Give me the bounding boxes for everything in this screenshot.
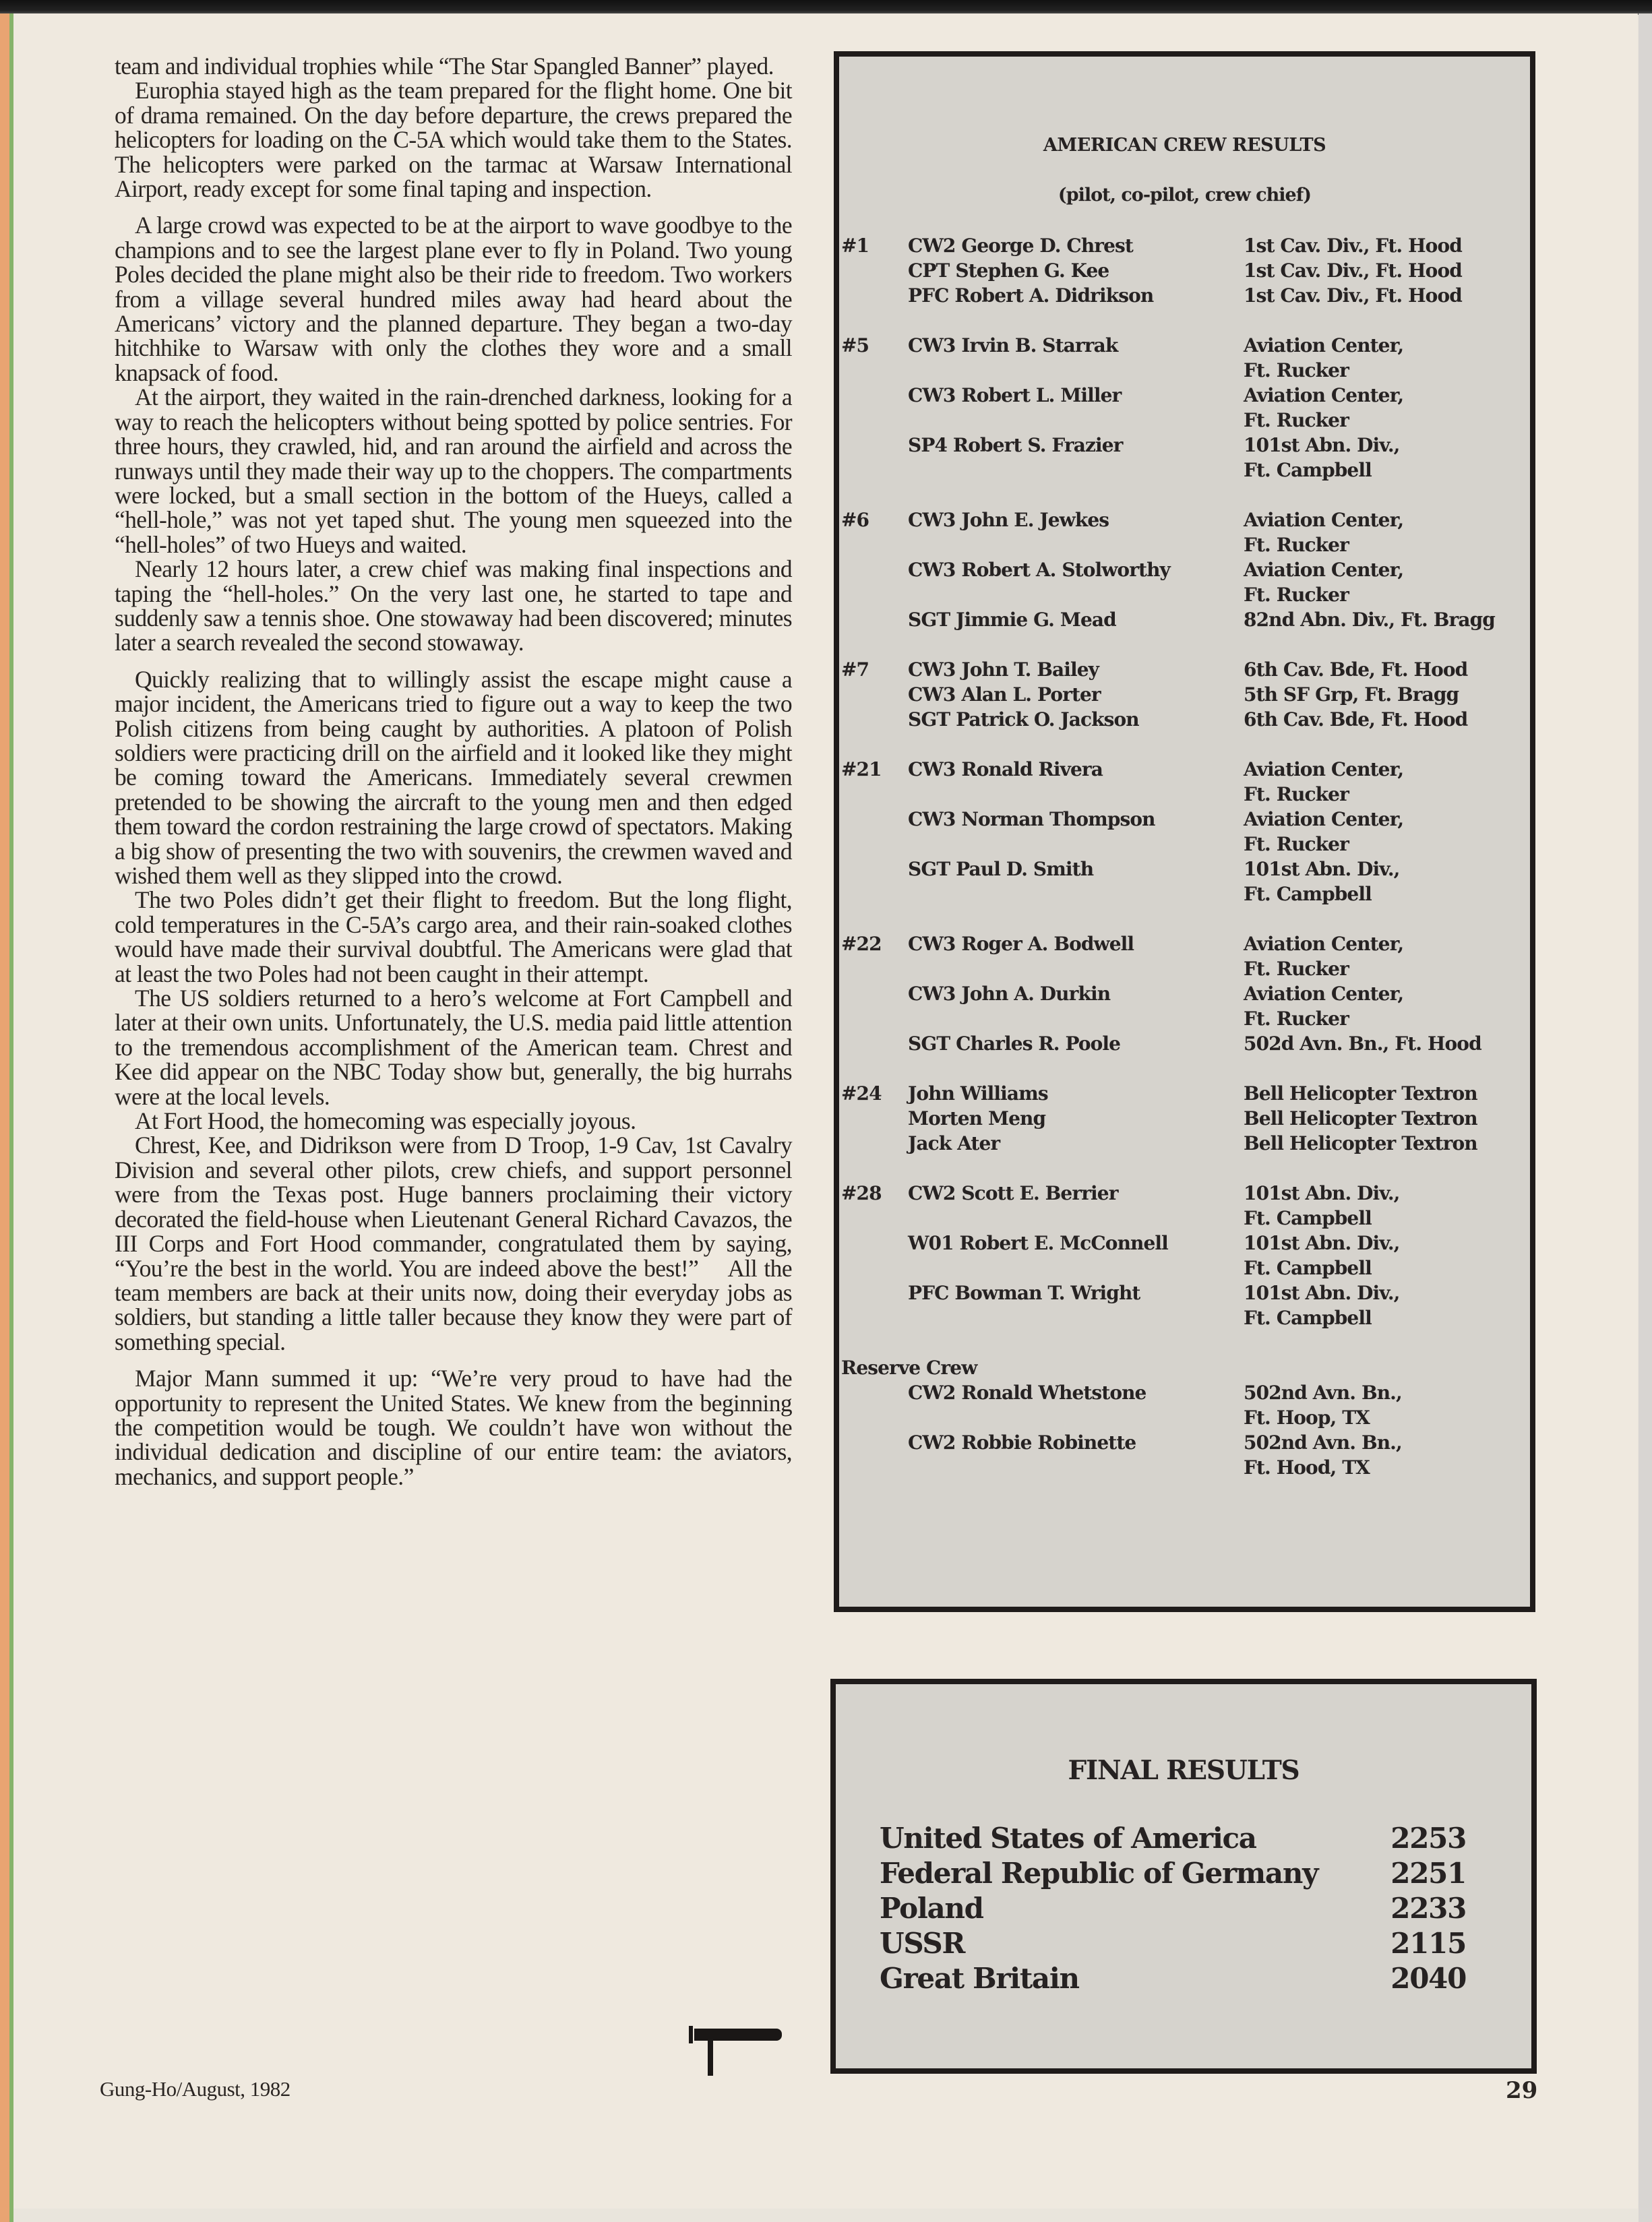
crew-group: #24John WilliamsBell Helicopter TextronM…: [839, 1081, 1530, 1156]
country-score: 2253: [1390, 1821, 1466, 1856]
crew-group: #21CW3 Ronald RiveraAviation Center, Ft.…: [839, 757, 1530, 906]
country-name: Poland: [880, 1891, 983, 1926]
crew-member-name: CW3 John E. Jewkes: [908, 507, 1109, 532]
crew-member: #28CW2 Scott E. Berrier101st Abn. Div., …: [839, 1181, 1530, 1231]
crew-member-name: CW2 Scott E. Berrier: [908, 1181, 1118, 1206]
crew-member: SGT Jimmie G. Mead82nd Abn. Div., Ft. Br…: [839, 607, 1530, 632]
crew-member: #1CW2 George D. Chrest1st Cav. Div., Ft.…: [839, 233, 1530, 258]
crew-member-name: CW2 Robbie Robinette: [908, 1430, 1136, 1455]
crew-rank: #1: [841, 233, 869, 258]
crew-member-unit: 502nd Avn. Bn., Ft. Hoop, TX: [1244, 1380, 1530, 1430]
crew-member: #7CW3 John T. Bailey6th Cav. Bde, Ft. Ho…: [839, 657, 1530, 682]
crew-member-name: CW3 John A. Durkin: [908, 981, 1110, 1006]
crew-member-name: Morten Meng: [908, 1106, 1045, 1131]
crew-member-unit: Aviation Center, Ft. Rucker: [1244, 757, 1530, 807]
crew-member-unit: 502nd Avn. Bn., Ft. Hood, TX: [1244, 1430, 1530, 1480]
crew-member-name: John Williams: [908, 1081, 1048, 1106]
crew-member-name: SP4 Robert S. Frazier: [908, 433, 1122, 458]
crew-member: #5CW3 Irvin B. StarrakAviation Center, F…: [839, 333, 1530, 383]
crew-member-name: CW2 Ronald Whetstone: [908, 1380, 1146, 1405]
crew-member-name: CW3 Robert L. Miller: [908, 383, 1121, 408]
crew-rank: #6: [841, 507, 869, 532]
crew-member-unit: Bell Helicopter Textron: [1244, 1106, 1530, 1131]
crew-member-name: CW3 Irvin B. Starrak: [908, 333, 1118, 358]
crew-rank: #22: [841, 931, 882, 956]
crew-group: #28CW2 Scott E. Berrier101st Abn. Div., …: [839, 1181, 1530, 1330]
reserve-crew-label: Reserve Crew: [839, 1355, 1530, 1380]
crew-rank: #21: [841, 757, 882, 782]
article-paragraph: At the airport, they waited in the rain-…: [115, 385, 792, 557]
crew-member-unit: 6th Cav. Bde, Ft. Hood: [1244, 707, 1530, 732]
crew-rank: #5: [841, 333, 869, 358]
crew-member: CW3 Norman ThompsonAviation Center, Ft. …: [839, 807, 1530, 857]
crew-member-name: CPT Stephen G. Kee: [908, 258, 1109, 283]
crew-member-name: W01 Robert E. McConnell: [908, 1231, 1168, 1256]
crew-member: Jack AterBell Helicopter Textron: [839, 1131, 1530, 1156]
crew-member-unit: Aviation Center, Ft. Rucker: [1244, 807, 1530, 857]
country-name: Great Britain: [880, 1961, 1079, 1996]
reserve-crew-group: Reserve CrewCW2 Ronald Whetstone502nd Av…: [839, 1355, 1530, 1480]
scan-top-edge: [0, 0, 1652, 15]
crew-member: SP4 Robert S. Frazier101st Abn. Div., Ft…: [839, 433, 1530, 483]
country-score: 2115: [1390, 1926, 1466, 1961]
crew-member: PFC Robert A. Didrikson1st Cav. Div., Ft…: [839, 283, 1530, 308]
crew-member: W01 Robert E. McConnell101st Abn. Div., …: [839, 1231, 1530, 1280]
crew-member-unit: Aviation Center, Ft. Rucker: [1244, 931, 1530, 981]
crew-member-unit: 101st Abn. Div., Ft. Campbell: [1244, 857, 1530, 906]
final-results-row: Federal Republic of Germany2251: [880, 1856, 1466, 1891]
crew-member: CW3 John A. DurkinAviation Center, Ft. R…: [839, 981, 1530, 1031]
crew-member-unit: 1st Cav. Div., Ft. Hood: [1244, 258, 1530, 283]
american-crew-results-box: AMERICAN CREW RESULTS (pilot, co-pilot, …: [834, 51, 1535, 1612]
crew-member-name: Jack Ater: [908, 1131, 1000, 1156]
article-paragraph: Major Mann summed it up: “We’re very pro…: [115, 1366, 792, 1489]
crew-member-unit: 101st Abn. Div., Ft. Campbell: [1244, 1181, 1530, 1231]
crew-rank: #28: [841, 1181, 882, 1206]
country-name: Federal Republic of Germany: [880, 1856, 1318, 1891]
crew-member: #22CW3 Roger A. BodwellAviation Center, …: [839, 931, 1530, 981]
crew-member-name: CW3 Norman Thompson: [908, 807, 1155, 832]
article-paragraph: A large crowd was expected to be at the …: [115, 213, 792, 385]
crew-member-unit: Aviation Center, Ft. Rucker: [1244, 507, 1530, 557]
crew-member-unit: Aviation Center, Ft. Rucker: [1244, 333, 1530, 383]
crew-member-unit: 82nd Abn. Div., Ft. Bragg: [1244, 607, 1530, 632]
country-name: United States of America: [880, 1821, 1256, 1856]
crew-member-name: CW3 Alan L. Porter: [908, 682, 1101, 707]
page-number: 29: [1506, 2077, 1537, 2104]
article-paragraph: Chrest, Kee, and Didrikson were from D T…: [115, 1133, 792, 1354]
article-paragraph: Nearly 12 hours later, a crew chief was …: [115, 557, 792, 655]
crew-member-unit: 6th Cav. Bde, Ft. Hood: [1244, 657, 1530, 682]
crew-member: PFC Bowman T. Wright101st Abn. Div., Ft.…: [839, 1280, 1530, 1330]
crew-member: #6CW3 John E. JewkesAviation Center, Ft.…: [839, 507, 1530, 557]
scan-right-edge: [1639, 13, 1652, 2222]
crew-member-name: CW3 John T. Bailey: [908, 657, 1099, 682]
crew-member: CW3 Robert L. MillerAviation Center, Ft.…: [839, 383, 1530, 433]
crew-member-name: CW2 George D. Chrest: [908, 233, 1133, 258]
reserve-crew-member: CW2 Ronald Whetstone502nd Avn. Bn., Ft. …: [839, 1380, 1530, 1430]
article-paragraph: At Fort Hood, the homecoming was especia…: [115, 1109, 792, 1133]
crew-member-unit: Aviation Center, Ft. Rucker: [1244, 383, 1530, 433]
article-paragraph: Quickly realizing that to willingly assi…: [115, 667, 792, 888]
crew-group: #22CW3 Roger A. BodwellAviation Center, …: [839, 931, 1530, 1056]
crew-member-unit: 101st Abn. Div., Ft. Campbell: [1244, 433, 1530, 483]
crew-member-name: SGT Jimmie G. Mead: [908, 607, 1116, 632]
crew-member: CW3 Alan L. Porter5th SF Grp, Ft. Bragg: [839, 682, 1530, 707]
crew-member-unit: 5th SF Grp, Ft. Bragg: [1244, 682, 1530, 707]
crew-rank: #7: [841, 657, 869, 682]
crew-member: SGT Paul D. Smith101st Abn. Div., Ft. Ca…: [839, 857, 1530, 906]
crew-member-unit: Aviation Center, Ft. Rucker: [1244, 981, 1530, 1031]
article-paragraph: team and individual trophies while “The …: [115, 54, 792, 78]
reserve-crew-member: CW2 Robbie Robinette502nd Avn. Bn., Ft. …: [839, 1430, 1530, 1480]
country-score: 2251: [1390, 1856, 1466, 1891]
crew-member-name: SGT Paul D. Smith: [908, 857, 1093, 882]
article-paragraph: The two Poles didn’t get their flight to…: [115, 888, 792, 986]
crew-member: CW3 Robert A. StolworthyAviation Center,…: [839, 557, 1530, 607]
crew-member-unit: 101st Abn. Div., Ft. Campbell: [1244, 1231, 1530, 1280]
crew-member-name: CW3 Ronald Rivera: [908, 757, 1103, 782]
final-results-box: FINAL RESULTS United States of America22…: [830, 1679, 1537, 2074]
crew-member: Morten MengBell Helicopter Textron: [839, 1106, 1530, 1131]
crew-member-unit: Bell Helicopter Textron: [1244, 1081, 1530, 1106]
final-results-row: Great Britain2040: [880, 1961, 1466, 1996]
country-score: 2233: [1390, 1891, 1466, 1926]
crew-member: #21CW3 Ronald RiveraAviation Center, Ft.…: [839, 757, 1530, 807]
crew-member: SGT Charles R. Poole502d Avn. Bn., Ft. H…: [839, 1031, 1530, 1056]
country-score: 2040: [1390, 1961, 1466, 1996]
crew-group: #6CW3 John E. JewkesAviation Center, Ft.…: [839, 507, 1530, 632]
crew-member-unit: Aviation Center, Ft. Rucker: [1244, 557, 1530, 607]
article-paragraph: The US soldiers returned to a hero’s wel…: [115, 986, 792, 1109]
crew-member-unit: 1st Cav. Div., Ft. Hood: [1244, 233, 1530, 258]
crew-member-unit: 502d Avn. Bn., Ft. Hood: [1244, 1031, 1530, 1056]
crew-member: CPT Stephen G. Kee1st Cav. Div., Ft. Hoo…: [839, 258, 1530, 283]
crew-member-name: SGT Patrick O. Jackson: [908, 707, 1139, 732]
crew-group: #7CW3 John T. Bailey6th Cav. Bde, Ft. Ho…: [839, 657, 1530, 732]
crew-results-subtitle: (pilot, co-pilot, crew chief): [839, 185, 1530, 206]
crew-member-unit: 1st Cav. Div., Ft. Hood: [1244, 283, 1530, 308]
final-results-title: FINAL RESULTS: [836, 1755, 1531, 1786]
crew-member-name: PFC Bowman T. Wright: [908, 1280, 1140, 1305]
crew-member-unit: 101st Abn. Div., Ft. Campbell: [1244, 1280, 1530, 1330]
article-body: team and individual trophies while “The …: [115, 54, 792, 1489]
crew-member: #24John WilliamsBell Helicopter Textron: [839, 1081, 1530, 1106]
article-paragraph: Europhia stayed high as the team prepare…: [115, 78, 792, 201]
final-results-row: USSR2115: [880, 1926, 1466, 1961]
crew-member: SGT Patrick O. Jackson6th Cav. Bde, Ft. …: [839, 707, 1530, 732]
crew-list: #1CW2 George D. Chrest1st Cav. Div., Ft.…: [839, 233, 1530, 1505]
crew-member-name: CW3 Robert A. Stolworthy: [908, 557, 1170, 582]
crew-group: #5CW3 Irvin B. StarrakAviation Center, F…: [839, 333, 1530, 483]
final-results-table: United States of America2253Federal Repu…: [880, 1821, 1466, 1996]
end-of-article-mark-icon: [681, 2022, 789, 2076]
crew-member-unit: Bell Helicopter Textron: [1244, 1131, 1530, 1156]
crew-rank: #24: [841, 1081, 882, 1106]
crew-member-name: SGT Charles R. Poole: [908, 1031, 1120, 1056]
crew-member-name: PFC Robert A. Didrikson: [908, 283, 1153, 308]
final-results-row: Poland2233: [880, 1891, 1466, 1926]
country-name: USSR: [880, 1926, 965, 1961]
publication-footer: Gung-Ho/August, 1982: [100, 2077, 290, 2101]
facing-page-edge: [0, 13, 9, 2222]
crew-results-title: AMERICAN CREW RESULTS: [839, 135, 1530, 156]
crew-group: #1CW2 George D. Chrest1st Cav. Div., Ft.…: [839, 233, 1530, 308]
final-results-row: United States of America2253: [880, 1821, 1466, 1856]
crew-member-name: CW3 Roger A. Bodwell: [908, 931, 1134, 956]
